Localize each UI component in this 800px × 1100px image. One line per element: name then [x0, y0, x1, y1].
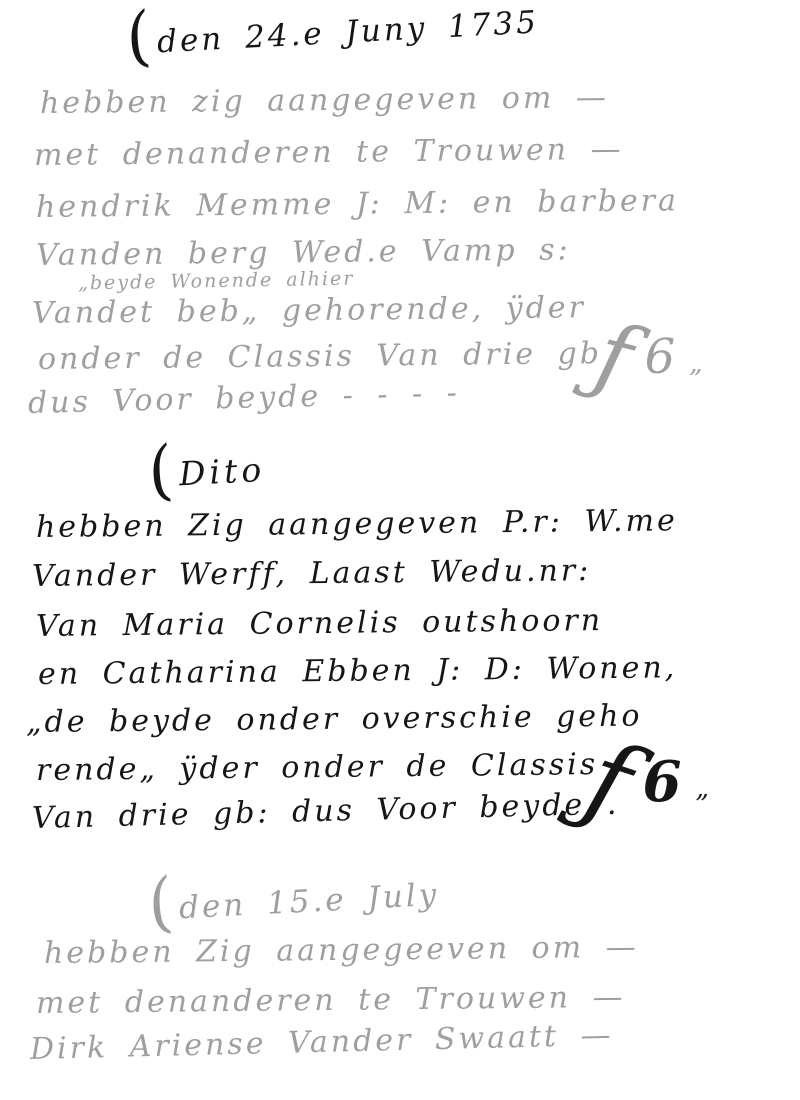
entry3-heading-row: ( den 15.e July: [147, 865, 441, 931]
entry2-line-7: Van drie gb: dus Voor beyde .: [32, 787, 620, 836]
entry3-line-2: met denanderen te Trouwen —: [36, 980, 626, 1021]
entry1-line-2: met denanderen te Trouwen —: [34, 132, 624, 173]
entry1-line-6: onder de Classis Van drie gb: [38, 336, 602, 377]
entry2-amount: ƒ 6 „: [590, 740, 709, 823]
entry1-heading-row: ( den 24.e Juny 1735: [125, 0, 540, 65]
entry2-ditto-mark: „: [695, 774, 708, 804]
entry2-dito-heading: Dito: [178, 450, 266, 493]
entry2-line-5: „de beyde onder overschie geho: [26, 699, 643, 740]
entry2-line-6: rende„ ÿder onder de Classis: [36, 747, 599, 788]
flourish-paren-icon: (: [142, 877, 179, 933]
entry1-amount-value: 6: [645, 329, 676, 385]
entry2-line-4: en Catharina Ebben J: D: Wonen,: [38, 650, 678, 692]
entry2-line-1: hebben Zig aangegeven P.r: W.me: [36, 503, 678, 545]
entry1-line-7: dus Voor beyde - - - -: [28, 375, 461, 421]
entry1-interlinear-insertion: „beyde Wonende alhier: [78, 268, 355, 295]
entry1-line-5: Vandet beb„ gehorende, ÿder: [32, 290, 586, 331]
entry2-line-3: Van Maria Cornelis outshoorn: [36, 603, 603, 644]
entry3-line-1: hebben Zig aangegeeven om —: [44, 930, 639, 971]
entry3-line-3: Dirk Ariense Vander Swaatt —: [30, 1018, 614, 1067]
entry1-line-4: Vanden berg Wed.e Vamp s:: [36, 232, 571, 273]
entry2-heading-row: ( Dito: [147, 442, 267, 499]
entry2-line-2: Vander Werff, Laast Wedu.nr:: [32, 553, 592, 594]
florin-sign-icon: ƒ: [590, 319, 639, 395]
entry1-line-1: hebben zig aangegeven om —: [40, 80, 609, 121]
entry1-line-3: hendrik Memme J: M: en barbera: [36, 183, 679, 225]
entry1-date-heading: den 24.e Juny 1735: [156, 4, 540, 60]
entry2-amount-value: 6: [643, 749, 682, 815]
entry3-date-heading: den 15.e July: [178, 877, 440, 927]
manuscript-page: ( den 24.e Juny 1735 hebben zig aangegev…: [0, 0, 800, 1100]
flourish-paren-icon: (: [142, 445, 179, 501]
entry1-ditto-mark: „: [689, 349, 702, 379]
flourish-paren-icon: (: [120, 11, 157, 67]
entry1-amount: ƒ 6 „: [598, 322, 703, 392]
